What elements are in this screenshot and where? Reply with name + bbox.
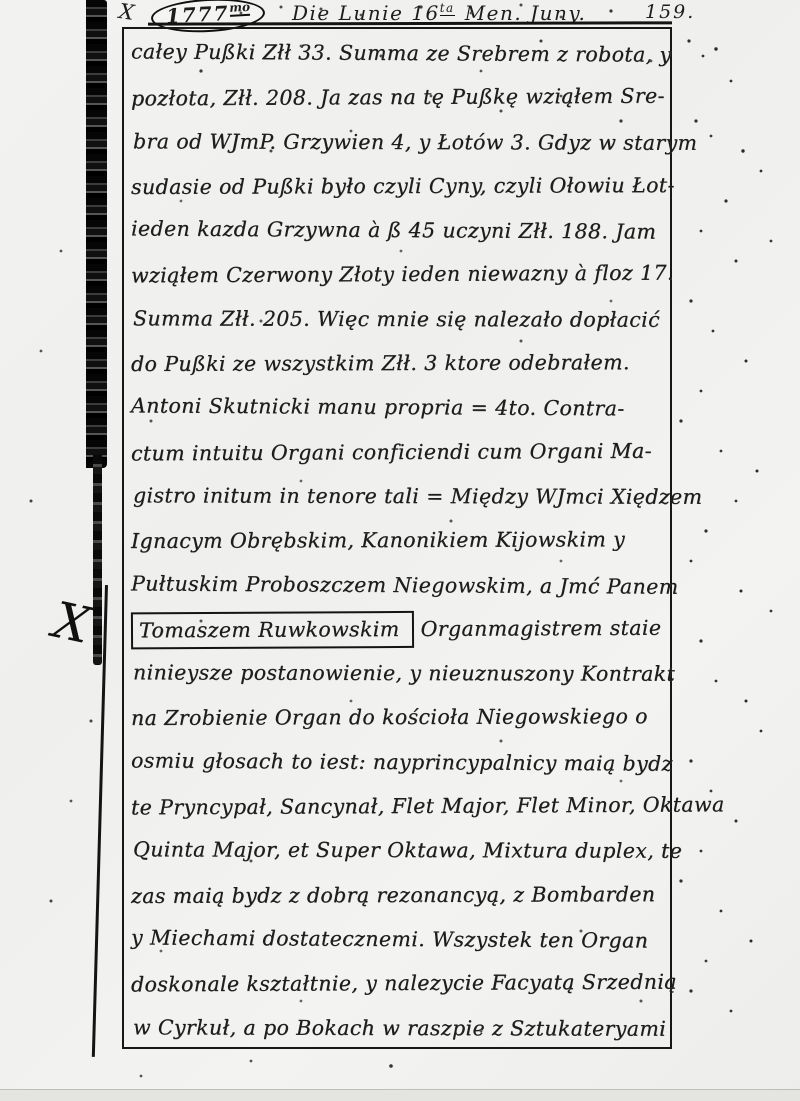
line-text: ninieysze postanowienie, y nieuznuszony … — [133, 660, 675, 685]
boxed-name: Tomaszem Ruwkowskim — [131, 611, 414, 649]
manuscript-line: osmiu głosach to iest: nayprincypalnicy … — [131, 738, 668, 786]
line-text: bra od WJmP. Grzywien 4, y Łotów 3. Gdyz… — [133, 129, 697, 154]
manuscript-line: w Cyrkuł, a po Bokach w raszpie z Sztuka… — [133, 1005, 670, 1051]
manuscript-line: wziąłem Czerwony Złoty ieden niewazny à … — [131, 251, 668, 298]
manuscript-line: Quinta Major, et Super Oktawa, Mixtura d… — [133, 828, 670, 874]
line-text: doskonale kształtnie, y nalezycie Facyat… — [131, 970, 677, 997]
line-text: na Zrobienie Organ do kościoła Niegowski… — [131, 705, 648, 731]
manuscript-line: na Zrobienie Organ do kościoła Niegowski… — [131, 695, 668, 741]
scanned-manuscript-page: X 1777mo Die Lunie 16taMen. Juny. 159. c… — [0, 0, 800, 1101]
manuscript-line: Antoni Skutnicki manu propria = 4to. Con… — [131, 384, 668, 432]
manuscript-text-frame: całey Pußki Złł 33. Summa ze Srebrem z r… — [122, 27, 672, 1049]
manuscript-line: te Pryncypał, Sancynał, Flet Major, Flet… — [131, 783, 668, 830]
line-text: całey Pußki Złł 33. Summa ze Srebrem z r… — [131, 39, 672, 66]
manuscript-line: sudasie od Pußki było czyli Cyny, czyli … — [131, 163, 668, 209]
manuscript-line: ninieysze postanowienie, y nieuznuszony … — [133, 650, 670, 696]
manuscript-line: gistro initum in tenore tali = Między WJ… — [133, 473, 670, 519]
line-text: Pułtuskim Proboszczem Niegowskim, a Jmć … — [131, 571, 679, 598]
line-text: pozłota, Złł. 208. Ja zas na tę Pußkę wz… — [131, 84, 665, 111]
manuscript-line: zas maią bydz z dobrą rezonancyą, z Bomb… — [131, 872, 668, 918]
line-text: w Cyrkuł, a po Bokach w raszpie z Sztuka… — [133, 1015, 666, 1040]
year-suffix: mo — [229, 0, 251, 17]
manuscript-line: Ignacym Obrębskim, Kanonikiem Kijowskim … — [131, 517, 668, 563]
date-superscript: ta — [440, 1, 455, 16]
line-text: Quinta Major, et Super Oktawa, Mixtura d… — [133, 838, 682, 863]
line-text: do Pußki ze wszystkim Złł. 3 ktore odebr… — [131, 350, 630, 376]
manuscript-line: ieden kazda Grzywna à ß 45 uczyni Złł. 1… — [131, 207, 668, 255]
line-text: ieden kazda Grzywna à ß 45 uczyni Złł. 1… — [131, 217, 656, 244]
photocopy-speckles-scattered — [0, 0, 2, 2]
line-text: gistro initum in tenore tali = Między WJ… — [133, 483, 702, 508]
manuscript-line: bra od WJmP. Grzywien 4, y Łotów 3. Gdyz… — [133, 119, 670, 165]
manuscript-line: y Miechami dostatecznemi. Wszystek ten O… — [131, 915, 668, 963]
manuscript-line: ctum intuitu Organi conficiendi cum Orga… — [131, 428, 668, 475]
line-text: y Miechami dostatecznemi. Wszystek ten O… — [131, 925, 648, 952]
line-text: Ignacym Obrębskim, Kanonikiem Kijowskim … — [131, 527, 625, 553]
line-text: Antoni Skutnicki manu propria = 4to. Con… — [131, 394, 625, 421]
binding-edge-shadow — [86, 0, 107, 468]
manuscript-text: całey Pußki Złł 33. Summa ze Srebrem z r… — [124, 29, 670, 1050]
manuscript-line: Pułtuskim Proboszczem Niegowskim, a Jmć … — [131, 561, 668, 609]
margin-x-mark: X — [48, 591, 95, 655]
manuscript-line: pozłota, Złł. 208. Ja zas na tę Pußkę wz… — [131, 74, 668, 121]
line-text: zas maią bydz z dobrą rezonancyą, z Bomb… — [131, 882, 655, 908]
line-text-after-box: Organmagistrem staie — [420, 615, 661, 640]
line-text: wziąłem Czerwony Złoty ieden niewazny à … — [131, 261, 674, 288]
header-x-mark: X — [117, 0, 135, 25]
line-text: sudasie od Pußki było czyli Cyny, czyli … — [131, 173, 675, 199]
manuscript-line: Summa Złł. 205. Więc mnie się nalezało d… — [133, 296, 670, 342]
line-text: te Pryncypał, Sancynał, Flet Major, Flet… — [131, 792, 725, 819]
line-text: osmiu głosach to iest: nayprincypalnicy … — [131, 748, 673, 775]
scan-edge-strip — [0, 1089, 800, 1101]
manuscript-line: Tomaszem RuwkowskimOrganmagistrem staie — [131, 605, 668, 652]
page-number: 159. — [645, 1, 695, 23]
line-text: ctum intuitu Organi conficiendi cum Orga… — [131, 438, 652, 465]
manuscript-line: całey Pußki Złł 33. Summa ze Srebrem z r… — [131, 29, 668, 77]
manuscript-line: doskonale kształtnie, y nalezycie Facyat… — [131, 960, 668, 1007]
line-text: Summa Złł. 205. Więc mnie się nalezało d… — [133, 306, 660, 331]
manuscript-line: do Pußki ze wszystkim Złł. 3 ktore odebr… — [131, 340, 668, 386]
binding-edge-shadow-lower — [93, 455, 102, 665]
